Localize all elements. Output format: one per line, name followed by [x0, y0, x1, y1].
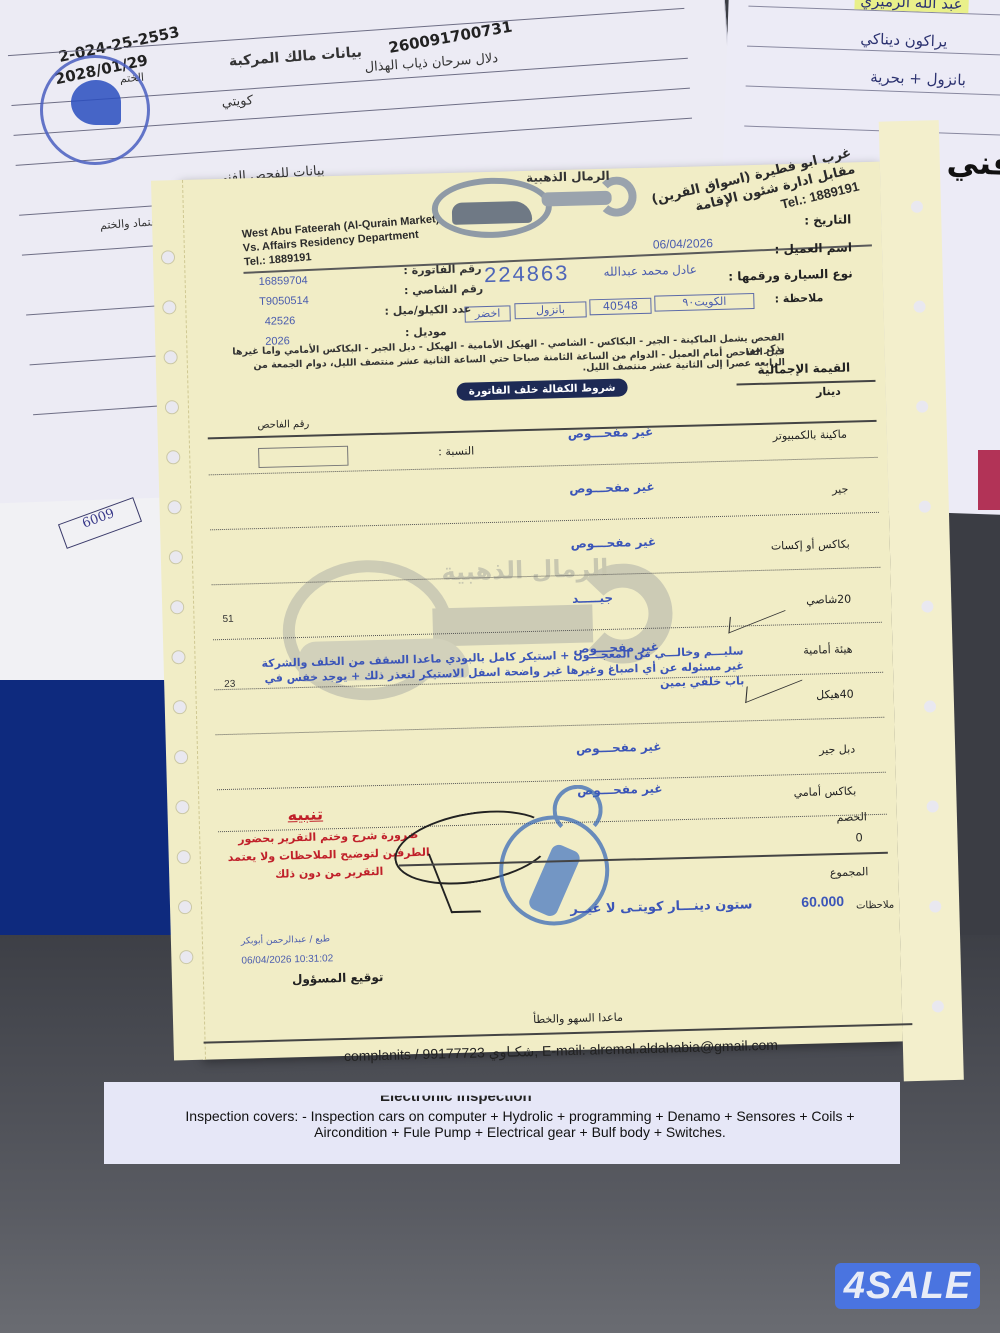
item-label: بكاكس أو إكسات — [771, 538, 850, 553]
car-type-label: نوع السيارة ورقمها : — [728, 266, 853, 283]
car-color: اخضر — [464, 305, 510, 322]
invoice-number: 224863 — [483, 262, 569, 289]
company-name: الرمال الذهبية — [526, 169, 610, 185]
checkmark-icon — [728, 595, 786, 634]
total-value-label: القيمة الإجمالية — [757, 361, 850, 377]
handwritten-line-3: بانزول + بحرية — [870, 68, 966, 89]
header-address-en: West Abu Fateerah (Al-Qurain Market) Vs.… — [241, 212, 442, 269]
remarks-label: ملاحظات — [856, 900, 894, 912]
checkmark-icon — [745, 664, 803, 703]
item-label: هيئة أمامية — [803, 643, 853, 657]
printed-timestamp: 06/04/2026 10:31:02 — [241, 953, 333, 966]
signature-label: توقيع المسؤول — [292, 970, 384, 986]
plate-region: الكويت٩٠ — [654, 293, 754, 312]
invoice-ref: 16859704 — [259, 275, 308, 288]
percentage-field — [258, 446, 348, 468]
discount-label: الخصم — [836, 810, 867, 824]
item-result: غير مفحـــوص — [576, 740, 662, 756]
round-stamp — [40, 55, 150, 165]
date-value: 06/04/2026 — [653, 236, 713, 252]
errors-excepted-note: ماعدا السهو والخطأ — [533, 1011, 623, 1026]
chassis-number: T9050514 — [259, 295, 309, 308]
currency-label: دينار — [816, 385, 841, 399]
warning-title: تنبيه — [287, 804, 323, 824]
item-divider — [216, 717, 885, 736]
watermark-title: الرمال الذهبية — [441, 554, 609, 586]
discount-value: 0 — [856, 830, 863, 844]
inspector-number-label: رقم الفاحص — [257, 419, 309, 432]
item-label: دبل جير — [819, 743, 855, 757]
printed-by: طبع / عبدالرحمن أبوبكر — [241, 934, 330, 946]
chassis-no-label: رقم الشاصي : — [404, 282, 484, 297]
handwritten-line-2: يراكون ديناكي — [860, 30, 947, 51]
percentage-label: النسبة : — [438, 444, 474, 458]
item-label: 20شاصي — [806, 593, 851, 607]
total-amount: 60.000 — [801, 893, 844, 910]
owner-nationality: كويتي — [221, 93, 253, 110]
fuel-type: بانزول — [514, 301, 586, 319]
item-label: بكاكس أمامي — [793, 785, 856, 800]
item-result: غير مفحـــوص — [569, 480, 655, 496]
brand-watermark-logo: 4SALE — [835, 1263, 980, 1309]
footer-divider — [204, 1023, 913, 1044]
model-label: موديل : — [405, 325, 447, 339]
item-result: غير مفحـــوص — [570, 535, 656, 551]
warranty-terms-badge: شروط الكفالة خلف الفاتورة — [456, 378, 627, 400]
inspection-receipt: West Abu Fateerah (Al-Qurain Market) Vs.… — [180, 162, 903, 1060]
item-result: غير مفحـــوص — [568, 425, 654, 441]
customer-name-label: اسم العميل : — [774, 240, 852, 256]
item-label: جير — [832, 483, 849, 496]
date-label: التاريخ : — [804, 212, 851, 227]
handwritten-line-1: عبد الله الرميري — [854, 0, 969, 13]
item-label: ماكينة بالكمبيوتر — [773, 428, 847, 443]
red-paper-edge — [978, 450, 1000, 510]
item-side-number: 51 — [222, 614, 233, 625]
item-divider — [210, 512, 879, 531]
plate-number: 40548 — [589, 298, 651, 316]
mileage-label: عدد الكيلو/ميل : — [384, 302, 471, 317]
mileage-value: 42526 — [265, 315, 296, 328]
invoice-no-label: رقم الفاتورة : — [403, 262, 481, 277]
item-side-number: 23 — [224, 679, 235, 690]
company-logo: الرمال الذهبية — [431, 168, 633, 243]
car-icon — [452, 201, 533, 225]
item-label: 40هيكل — [816, 688, 854, 702]
owner-section-title: بيانات مالك المركبة — [228, 44, 362, 69]
customer-name-value: عادل محمد عبدالله — [603, 263, 697, 279]
total-label: المجموع — [830, 865, 869, 879]
item-result: جيـــــد — [572, 591, 613, 606]
note-label: ملاحظة : — [774, 291, 823, 305]
form-title-fragment: فني — [946, 143, 1000, 183]
inspection-covers-text: Inspection covers: - Inspection cars on … — [170, 1108, 870, 1140]
